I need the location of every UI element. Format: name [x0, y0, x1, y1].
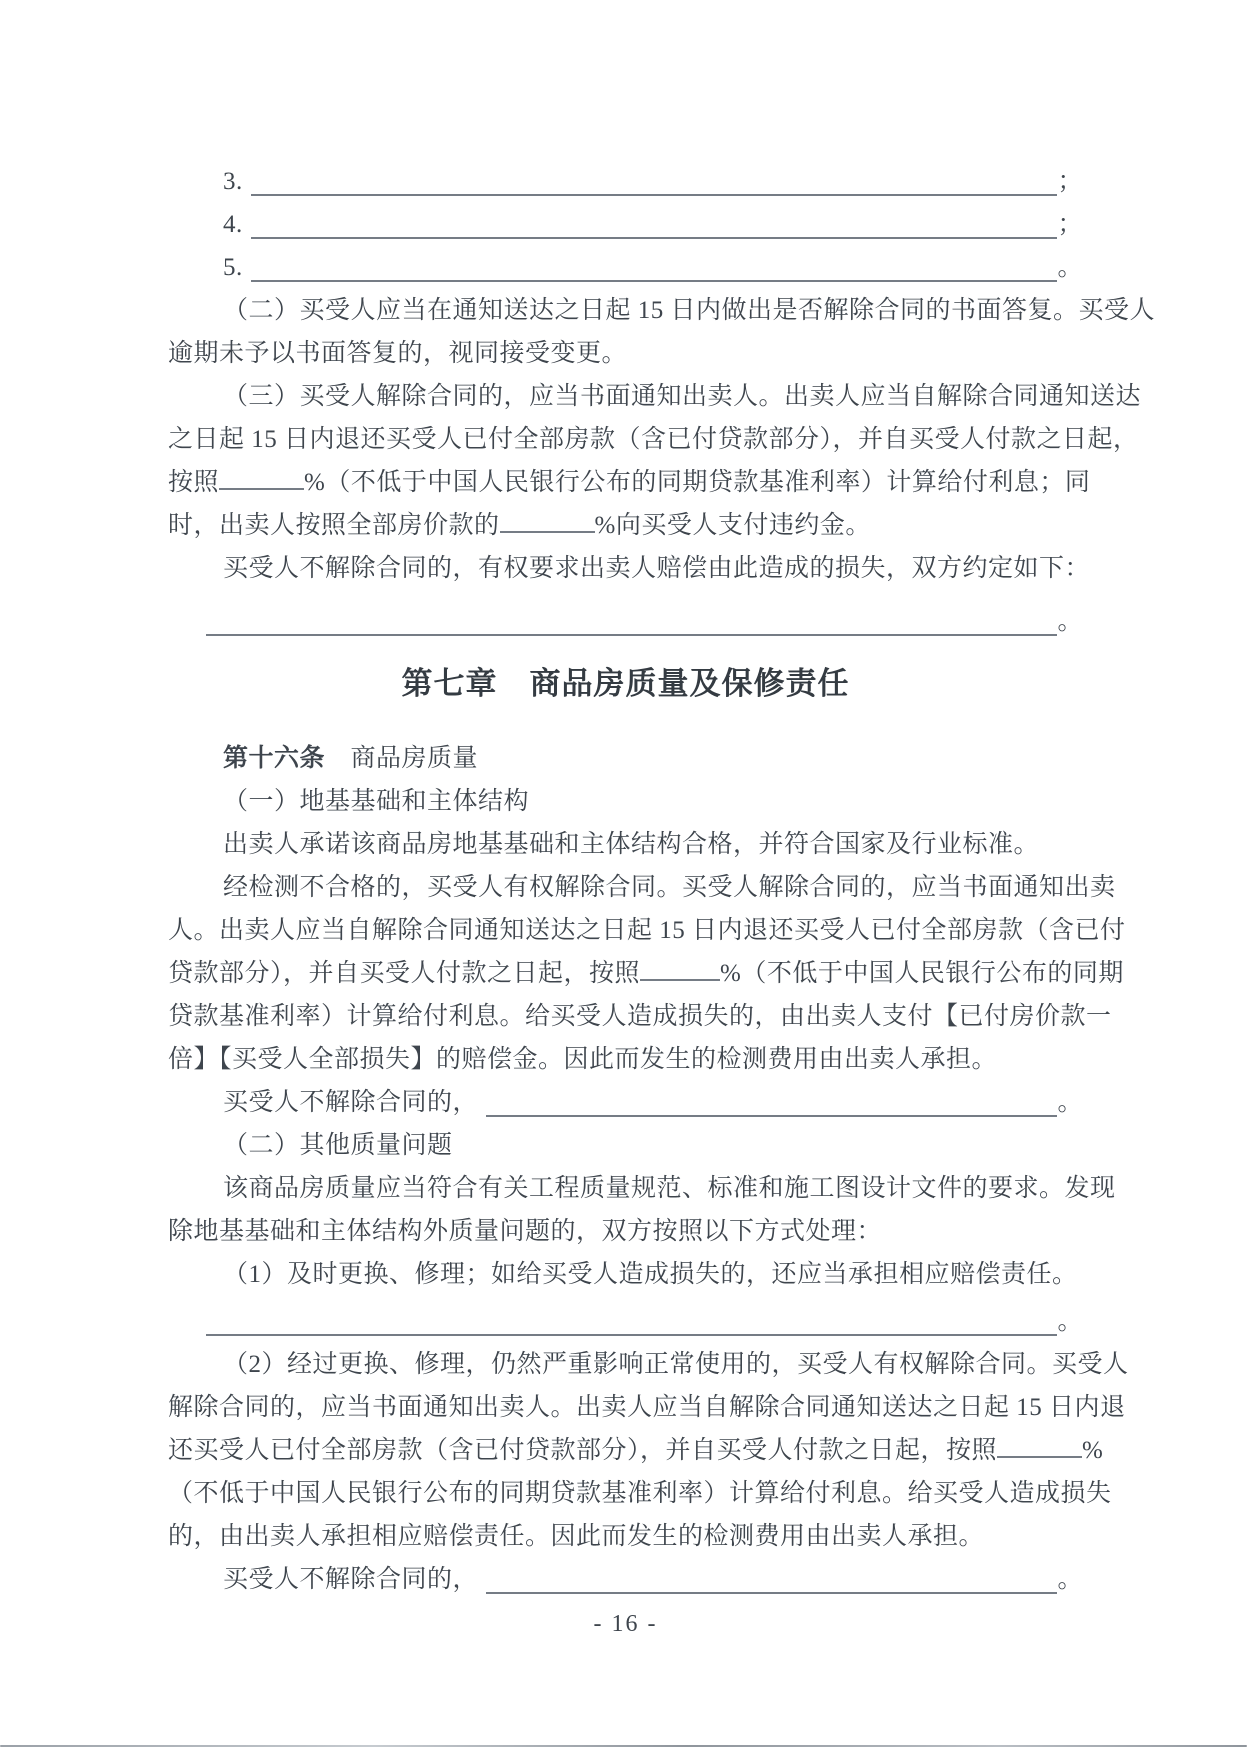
text-run: %: [1082, 1437, 1103, 1464]
text-run: 。: [1057, 1558, 1083, 1601]
text-run: 之日起 15 日内退还买受人已付全部房款（含已付贷款部分），并自买受人付款之日起…: [168, 426, 1139, 453]
text-run: 经检测不合格的，买受人有权解除合同。买受人解除合同的，应当书面通知出卖: [223, 874, 1116, 901]
text-run: 。: [1057, 600, 1083, 643]
clause-2-line: 逾期未予以书面答复的，视同接受变更。: [168, 332, 1083, 375]
text-run: ；: [1057, 160, 1083, 203]
blank-fill-line: 。: [168, 600, 1083, 643]
clause-3-line: 按照%（不低于中国人民银行公布的同期贷款基准利率）计算给付利息；同: [168, 461, 1083, 504]
bold-text-run: 第十六条: [223, 745, 325, 772]
text-run: 人。出卖人应当自解除合同通知送达之日起 15 日内退还买受人已付全部房款（含已付: [168, 917, 1126, 944]
text-run: 3.: [223, 160, 243, 203]
text-run: 5.: [223, 246, 243, 289]
clause-3-line: （三）买受人解除合同的，应当书面通知出卖人。出卖人应当自解除合同通知送达: [168, 375, 1083, 418]
section-1-line: 倍】【买受人全部损失】的赔偿金。因此而发生的检测费用由出卖人承担。: [168, 1038, 1083, 1081]
text-run: 按照: [168, 469, 219, 496]
text-run: 贷款部分），并自买受人付款之日起，按照: [168, 960, 640, 987]
section-1-line: 出卖人承诺该商品房地基基础和主体结构合格，并符合国家及行业标准。: [168, 823, 1083, 866]
text-run: - 16 -: [594, 1611, 658, 1637]
item-2-line: （2）经过更换、修理，仍然严重影响正常使用的，买受人有权解除合同。买受人: [168, 1343, 1083, 1386]
item-2-line: 的，由出卖人承担相应赔偿责任。因此而发生的检测费用由出卖人承担。: [168, 1515, 1083, 1558]
text-run: 时，出卖人按照全部房价款的: [168, 512, 500, 539]
section-1-heading: （一）地基基础和主体结构: [168, 780, 1083, 823]
text-run: 买受人不解除合同的，: [223, 1081, 478, 1124]
text-run: %向买受人支付违约金。: [595, 512, 871, 539]
fill-in-blank: [640, 953, 720, 981]
no-rescind-blank-line: 买受人不解除合同的，。: [168, 1081, 1083, 1124]
text-run: 买受人不解除合同的，: [223, 1558, 478, 1601]
text-run: 解除合同的，应当书面通知出卖人。出卖人应当自解除合同通知送达之日起 15 日内退: [168, 1394, 1126, 1421]
text-run: 除地基基础和主体结构外质量问题的，双方按照以下方式处理：: [168, 1218, 882, 1245]
section-2-line: 该商品房质量应当符合有关工程质量规范、标准和施工图设计文件的要求。发现: [168, 1167, 1083, 1210]
fill-in-blank: [486, 1558, 1057, 1594]
text-run: （不低于中国人民银行公布的同期贷款基准利率）计算给付利息。给买受人造成损失: [168, 1480, 1112, 1507]
text-run: 第七章 商品房质量及保修责任: [402, 666, 850, 701]
text-run: （三）买受人解除合同的，应当书面通知出卖人。出卖人应当自解除合同通知送达: [223, 383, 1141, 410]
text-run: 。: [1057, 1081, 1083, 1124]
page-scan-edge: [0, 1745, 1247, 1747]
section-2-line: 除地基基础和主体结构外质量问题的，双方按照以下方式处理：: [168, 1210, 1083, 1253]
clause-3-line: 买受人不解除合同的，有权要求出卖人赔偿由此造成的损失，双方约定如下：: [168, 547, 1083, 590]
section-1-line: 贷款基准利率）计算给付利息。给买受人造成损失的，由出卖人支付【已付房价款一: [168, 995, 1083, 1038]
text-run: 。: [1057, 246, 1083, 289]
page-number: - 16 -: [168, 1603, 1083, 1646]
section-2-heading: （二）其他质量问题: [168, 1124, 1083, 1167]
clause-3-line: 之日起 15 日内退还买受人已付全部房款（含已付贷款部分），并自买受人付款之日起…: [168, 418, 1083, 461]
text-run: （二）买受人应当在通知送达之日起 15 日内做出是否解除合同的书面答复。买受人: [223, 297, 1155, 324]
chapter-heading: 第七章 商品房质量及保修责任: [168, 661, 1083, 707]
text-run: （一）地基基础和主体结构: [223, 788, 529, 815]
text-run: 出卖人承诺该商品房地基基础和主体结构合格，并符合国家及行业标准。: [223, 831, 1039, 858]
text-run: 倍】【买受人全部损失】的赔偿金。因此而发生的检测费用由出卖人承担。: [168, 1046, 997, 1073]
article-16-heading: 第十六条 商品房质量: [168, 737, 1083, 780]
section-1-line: 人。出卖人应当自解除合同通知送达之日起 15 日内退还买受人已付全部房款（含已付: [168, 909, 1083, 952]
text-run: ；: [1057, 203, 1083, 246]
text-run: （二）其他质量问题: [223, 1132, 453, 1159]
text-run: 该商品房质量应当符合有关工程质量规范、标准和施工图设计文件的要求。发现: [223, 1175, 1116, 1202]
text-run: 的，由出卖人承担相应赔偿责任。因此而发生的检测费用由出卖人承担。: [168, 1523, 984, 1550]
text-run: 逾期未予以书面答复的，视同接受变更。: [168, 340, 627, 367]
fill-in-blank: [206, 600, 1057, 636]
clause-2-line: （二）买受人应当在通知送达之日起 15 日内做出是否解除合同的书面答复。买受人: [168, 289, 1083, 332]
text-run: （1）及时更换、修理；如给买受人造成损失的，还应当承担相应赔偿责任。: [223, 1261, 1078, 1288]
clause-3-line: 时，出卖人按照全部房价款的%向买受人支付违约金。: [168, 504, 1083, 547]
text-run: %（不低于中国人民银行公布的同期: [720, 960, 1124, 987]
numbered-blank-line-4: 4.；: [168, 203, 1083, 246]
text-run: 。: [1057, 1300, 1083, 1343]
fill-in-blank: [997, 1430, 1082, 1458]
fill-in-blank: [219, 462, 304, 490]
numbered-blank-line-5: 5.。: [168, 246, 1083, 289]
text-run: %（不低于中国人民银行公布的同期贷款基准利率）计算给付利息；同: [304, 469, 1090, 496]
text-run: 买受人不解除合同的，有权要求出卖人赔偿由此造成的损失，双方约定如下：: [223, 555, 1090, 582]
fill-in-blank: [500, 505, 595, 533]
text-run: 贷款基准利率）计算给付利息。给买受人造成损失的，由出卖人支付【已付房价款一: [168, 1003, 1112, 1030]
numbered-blank-line-3: 3.；: [168, 160, 1083, 203]
page-content: 3.；4.；5.。（二）买受人应当在通知送达之日起 15 日内做出是否解除合同的…: [168, 160, 1083, 1646]
fill-in-blank: [206, 1300, 1057, 1336]
fill-in-blank: [486, 1081, 1057, 1117]
fill-in-blank: [251, 203, 1058, 239]
blank-fill-line: 。: [168, 1300, 1083, 1343]
item-2-line: 还买受人已付全部房款（含已付贷款部分），并自买受人付款之日起，按照%: [168, 1429, 1083, 1472]
contract-page: 3.；4.；5.。（二）买受人应当在通知送达之日起 15 日内做出是否解除合同的…: [0, 0, 1247, 1756]
text-run: 还买受人已付全部房款（含已付贷款部分），并自买受人付款之日起，按照: [168, 1437, 997, 1464]
section-1-line: 经检测不合格的，买受人有权解除合同。买受人解除合同的，应当书面通知出卖: [168, 866, 1083, 909]
section-1-line: 贷款部分），并自买受人付款之日起，按照%（不低于中国人民银行公布的同期: [168, 952, 1083, 995]
no-rescind-blank-line: 买受人不解除合同的，。: [168, 1558, 1083, 1601]
text-run: 商品房质量: [325, 745, 478, 772]
fill-in-blank: [251, 246, 1058, 282]
text-run: （2）经过更换、修理，仍然严重影响正常使用的，买受人有权解除合同。买受人: [223, 1351, 1129, 1378]
text-run: 4.: [223, 203, 243, 246]
fill-in-blank: [251, 160, 1058, 196]
item-1-line: （1）及时更换、修理；如给买受人造成损失的，还应当承担相应赔偿责任。: [168, 1253, 1083, 1296]
item-2-line: 解除合同的，应当书面通知出卖人。出卖人应当自解除合同通知送达之日起 15 日内退: [168, 1386, 1083, 1429]
item-2-line: （不低于中国人民银行公布的同期贷款基准利率）计算给付利息。给买受人造成损失: [168, 1472, 1083, 1515]
